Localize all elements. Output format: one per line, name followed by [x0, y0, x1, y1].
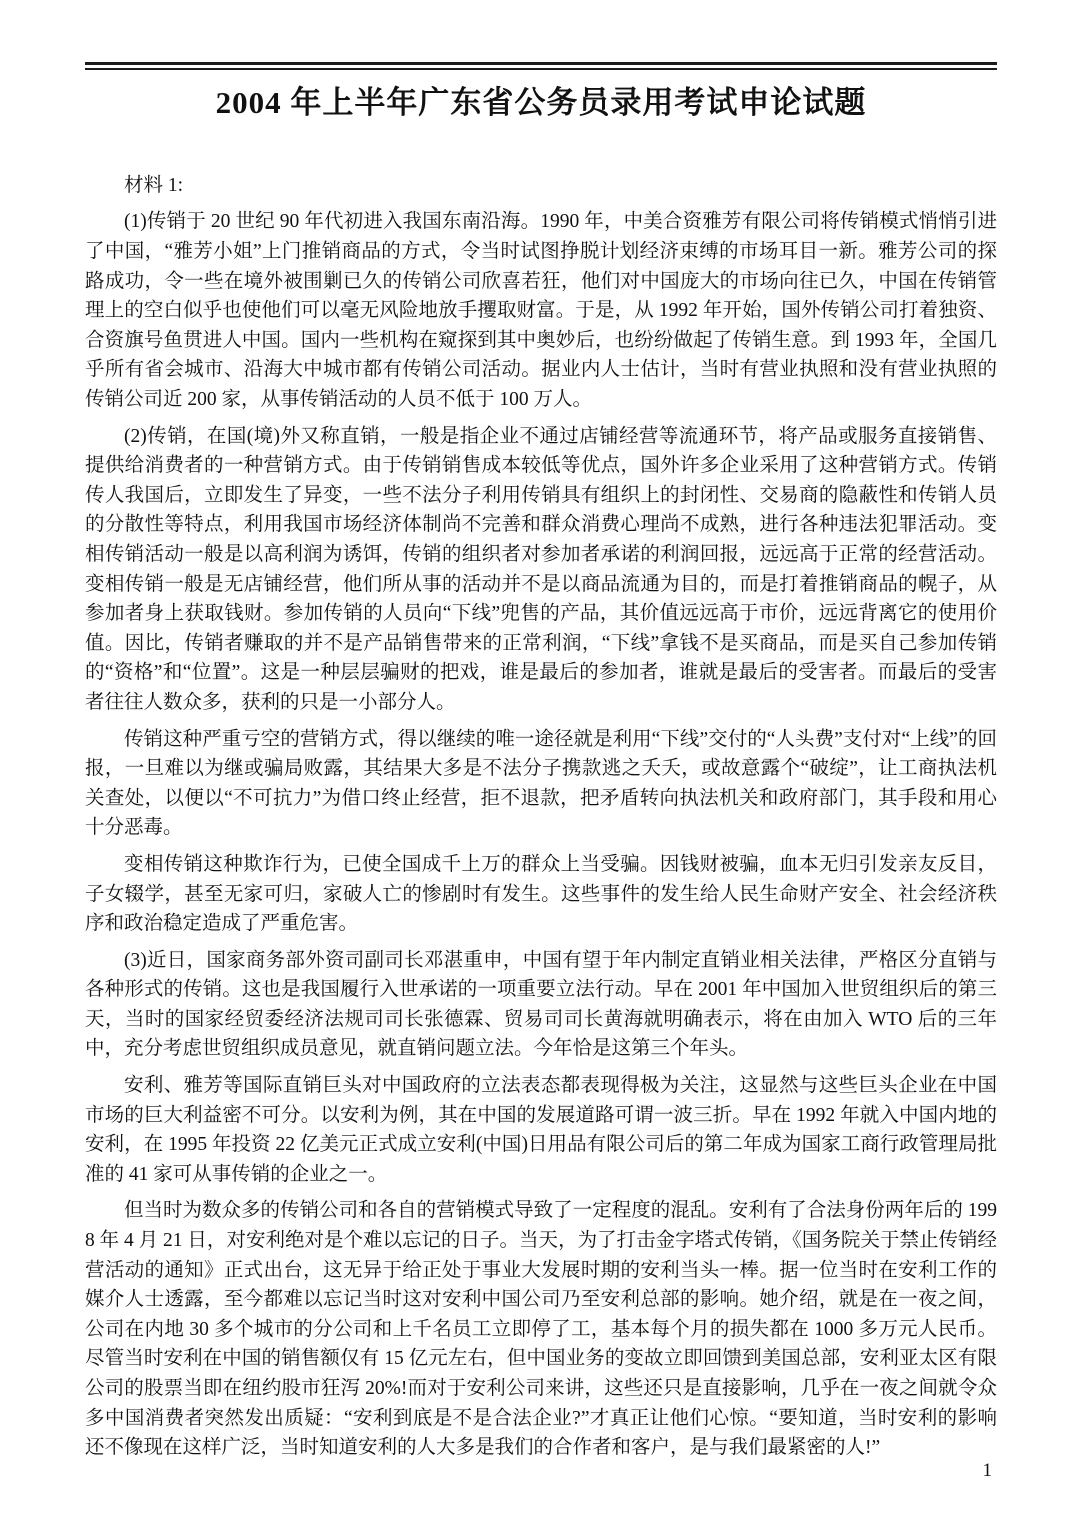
- header-double-rule: [85, 62, 997, 70]
- paragraph-1: (1)传销于 20 世纪 90 年代初进入我国东南沿海。1990 年，中美合资雅…: [85, 207, 997, 414]
- paragraph-6: 安利、雅芳等国际直销巨头对中国政府的立法表态都表现得极为关注，这显然与这些巨头企…: [85, 1071, 997, 1189]
- page-title: 2004 年上半年广东省公务员录用考试申论试题: [85, 82, 997, 124]
- paragraph-4: 变相传销这种欺诈行为，已使全国成千上万的群众上当受骗。因钱财被骗，血本无归引发亲…: [85, 850, 997, 939]
- page-number: 1: [983, 1460, 993, 1482]
- paragraph-7: 但当时为数众多的传销公司和各自的营销模式导致了一定程度的混乱。安利有了合法身份两…: [85, 1196, 997, 1462]
- paragraph-2: (2)传销，在国(境)外又称直销，一般是指企业不通过店铺经营等流通环节，将产品或…: [85, 422, 997, 718]
- paragraph-3: 传销这种严重亏空的营销方式，得以继续的唯一途径就是利用“下线”交付的“人头费”支…: [85, 725, 997, 843]
- paragraph-5: (3)近日，国家商务部外资司副司长邓湛重申，中国有望于年内制定直销业相关法律，严…: [85, 946, 997, 1064]
- section-label-material-1: 材料 1:: [85, 171, 997, 201]
- document-body: 材料 1: (1)传销于 20 世纪 90 年代初进入我国东南沿海。1990 年…: [85, 171, 997, 1463]
- document-page: 2004 年上半年广东省公务员录用考试申论试题 材料 1: (1)传销于 20 …: [0, 0, 1080, 1527]
